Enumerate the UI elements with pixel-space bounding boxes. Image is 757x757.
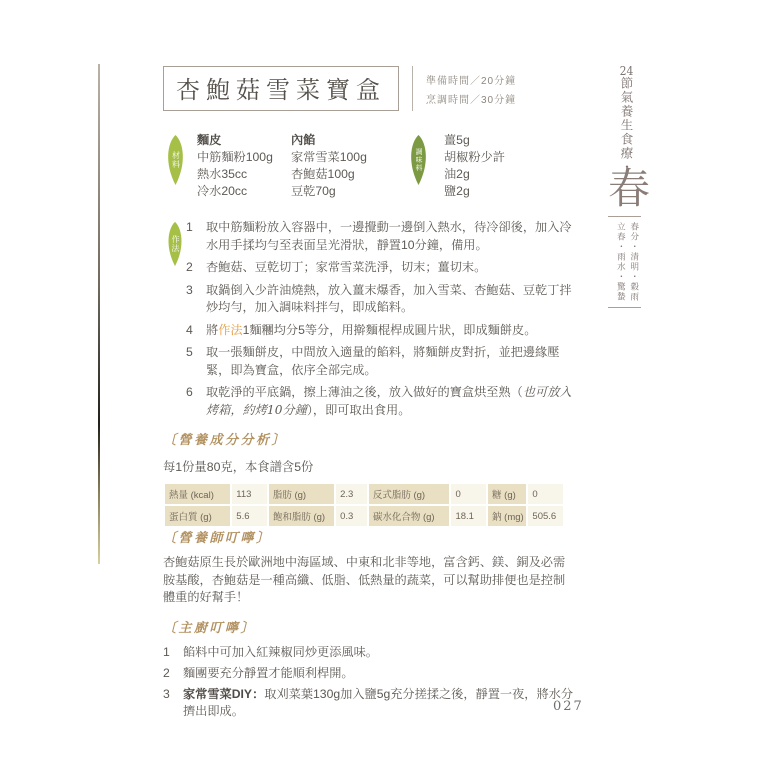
- nutrient-label: 鈉 (mg): [488, 506, 526, 526]
- nutrient-value: 0: [528, 484, 563, 504]
- nutrient-value: 113: [232, 484, 267, 504]
- table-row: 蛋白質 (g) 5.6 飽和脂肪 (g) 0.3 碳水化合物 (g) 18.1 …: [165, 506, 563, 526]
- dietitian-note-section: 〔營養師叮嚀〕 杏鮑菇原生長於歐洲地中海區域、中東和北非等地，富含鈣、鎂、銅及必…: [163, 527, 575, 607]
- ingredient-item: 豆乾70g: [291, 183, 398, 200]
- seasoning-list: 薑5g 胡椒粉少許 油2g 鹽2g: [444, 132, 505, 200]
- step-number: 6: [186, 384, 206, 419]
- tip-text: 麵團要充分靜置才能順利桿開。: [183, 665, 354, 682]
- ingredient-group-filling: 內餡 家常雪菜100g 杏鮑菇100g 豆乾70g: [291, 132, 398, 200]
- chef-tips-section: 〔主廚叮嚀〕 1 餡料中可加入紅辣椒同炒更添風味。 2 麵團要充分靜置才能順利桿…: [163, 617, 575, 724]
- recipe-header: 杏鮑菇雪菜寶盒 準備時間／20分鐘 烹調時間／30分鐘: [163, 66, 516, 111]
- page-number: 027: [553, 699, 584, 714]
- leaf-icon-steps: 作法: [163, 221, 187, 267]
- serving-info: 每1份量80克，本食譜含5份: [163, 457, 567, 475]
- page-spine-line: [98, 64, 100, 564]
- ingredient-item: 熱水35cc: [197, 166, 285, 183]
- group-name: 內餡: [291, 132, 398, 149]
- step-number: 1: [186, 219, 206, 254]
- step-text: 取一張麵餅皮，中間放入適量的餡料，將麵餅皮對折，並把邊緣壓緊，即為寶盒，依序全部…: [206, 344, 575, 379]
- step-number: 3: [186, 282, 206, 317]
- ingredients-icon-label: 材料: [172, 151, 180, 169]
- nutrient-value: 2.3: [336, 484, 367, 504]
- seasoning-icon-label: 調味料: [415, 148, 422, 172]
- nutrient-label: 碳水化合物 (g): [369, 506, 450, 526]
- seasoning-item: 油2g: [444, 166, 505, 183]
- group-name: 麵皮: [197, 132, 285, 149]
- table-row: 熱量 (kcal) 113 脂肪 (g) 2.3 反式脂肪 (g) 0 糖 (g…: [165, 484, 563, 504]
- recipe-title-box: 杏鮑菇雪菜寶盒: [163, 66, 399, 111]
- nutrient-value: 505.6: [528, 506, 563, 526]
- step-text: 杏鮑菇、豆乾切丁；家常雪菜洗淨，切末；薑切末。: [206, 259, 575, 277]
- chef-tip-item: 1 餡料中可加入紅辣椒同炒更添風味。: [163, 644, 575, 661]
- step-number: 4: [186, 322, 206, 340]
- step-text: 取鍋倒入少許油燒熱，放入薑末爆香，加入雪菜、杏鮑菇、豆乾丁拌炒均勻，加入調味料拌…: [206, 282, 575, 317]
- solar-terms-group: 立春・雨水・驚蟄: [615, 222, 624, 302]
- nutrient-label: 熱量 (kcal): [165, 484, 230, 504]
- step-item: 2 杏鮑菇、豆乾切丁；家常雪菜洗淨，切末；薑切末。: [186, 259, 575, 277]
- nutrient-label: 蛋白質 (g): [165, 506, 230, 526]
- nutrition-heading: 〔營養成分分析〕: [163, 429, 567, 448]
- season-character: 春: [600, 168, 658, 210]
- chef-tip-item: 2 麵團要充分靜置才能順利桿開。: [163, 665, 575, 682]
- solar-terms-box: 春分・清明・穀雨 立春・雨水・驚蟄: [608, 216, 641, 308]
- steps-section: 作法 1 取中筋麵粉放入容器中，一邊攪動一邊倒入熱水，待冷卻後，加入冷水用手揉均…: [163, 219, 575, 424]
- recipe-title: 杏鮑菇雪菜寶盒: [176, 70, 386, 105]
- ingredient-item: 家常雪菜100g: [291, 149, 398, 166]
- nutrient-value: 18.1: [451, 506, 486, 526]
- step-item: 1 取中筋麵粉放入容器中，一邊攪動一邊倒入熱水，待冷卻後，加入冷水用手揉均勻至表…: [186, 219, 575, 254]
- steps-list: 1 取中筋麵粉放入容器中，一邊攪動一邊倒入熱水，待冷卻後，加入冷水用手揉均勻至表…: [163, 219, 575, 419]
- tip-number: 2: [163, 665, 183, 682]
- nutrition-table: 熱量 (kcal) 113 脂肪 (g) 2.3 反式脂肪 (g) 0 糖 (g…: [163, 482, 565, 528]
- ingredients-section: 材料 麵皮 中筋麵粉100g 熱水35cc 冷水20cc 內餡 家常雪菜100g…: [163, 132, 505, 200]
- nutrition-section: 〔營養成分分析〕 每1份量80克，本食譜含5份 熱量 (kcal) 113 脂肪…: [163, 429, 567, 528]
- nutrient-value: 0: [451, 484, 486, 504]
- prep-time: 準備時間／20分鐘: [426, 72, 516, 87]
- dietitian-text: 杏鮑菇原生長於歐洲地中海區域、中東和北非等地，富含鈣、鎂、銅及必需胺基酸，杏鮑菇…: [163, 554, 575, 607]
- leaf-icon-ingredients: 材料: [163, 134, 188, 186]
- ingredient-item: 冷水20cc: [197, 183, 285, 200]
- time-info: 準備時間／20分鐘 烹調時間／30分鐘: [412, 66, 516, 111]
- leaf-icon-seasoning: 調味料: [406, 134, 431, 186]
- seasoning-item: 鹽2g: [444, 183, 505, 200]
- step-number: 5: [186, 344, 206, 379]
- step-item: 5 取一張麵餅皮，中間放入適量的餡料，將麵餅皮對折，並把邊緣壓緊，即為寶盒，依序…: [186, 344, 575, 379]
- nutrient-value: 5.6: [232, 506, 267, 526]
- ingredient-item: 杏鮑菇100g: [291, 166, 398, 183]
- series-title-text: 節氣養生食療: [619, 77, 634, 161]
- steps-icon-label: 作法: [171, 235, 179, 253]
- chef-heading: 〔主廚叮嚀〕: [163, 617, 575, 636]
- ingredient-group-dough: 麵皮 中筋麵粉100g 熱水35cc 冷水20cc: [197, 132, 285, 200]
- seasoning-item: 胡椒粉少許: [444, 149, 505, 166]
- chef-tips-list: 1 餡料中可加入紅辣椒同炒更添風味。 2 麵團要充分靜置才能順利桿開。 3 家常…: [163, 644, 575, 720]
- cookbook-page: 杏鮑菇雪菜寶盒 準備時間／20分鐘 烹調時間／30分鐘 材料 麵皮 中筋麵粉10…: [0, 0, 757, 757]
- step-item: 6 取乾淨的平底鍋，擦上薄油之後，放入做好的寶盒烘至熟（也可放入烤箱，約烤10分…: [186, 384, 575, 419]
- series-volume-number: 24: [619, 64, 634, 77]
- tip-number: 1: [163, 644, 183, 661]
- nutrient-label: 脂肪 (g): [269, 484, 334, 504]
- step-item: 3 取鍋倒入少許油燒熱，放入薑末爆香，加入雪菜、杏鮑菇、豆乾丁拌炒均勻，加入調味…: [186, 282, 575, 317]
- step-item: 4 將作法1麵糰均分5等分，用擀麵棍桿成圓片狀，即成麵餅皮。: [186, 322, 575, 340]
- nutrient-value: 0.3: [336, 506, 367, 526]
- dietitian-heading: 〔營養師叮嚀〕: [163, 527, 575, 546]
- step-text: 取中筋麵粉放入容器中，一邊攪動一邊倒入熱水，待冷卻後，加入冷水用手揉均勻至表面呈…: [206, 219, 575, 254]
- chef-tip-item: 3 家常雪菜DIY：取刈菜葉130g加入鹽5g充分搓揉之後，靜置一夜，將水分擠出…: [163, 686, 575, 720]
- tip-text: 家常雪菜DIY：取刈菜葉130g加入鹽5g充分搓揉之後，靜置一夜，將水分擠出即成…: [183, 686, 575, 720]
- cook-time: 烹調時間／30分鐘: [426, 91, 516, 106]
- step-text: 取乾淨的平底鍋，擦上薄油之後，放入做好的寶盒烘至熟（也可放入烤箱，約烤10分鐘）…: [206, 384, 575, 419]
- sidebar-series-title: 24節氣養生食療・: [617, 64, 635, 175]
- nutrient-label: 糖 (g): [488, 484, 526, 504]
- nutrient-label: 反式脂肪 (g): [369, 484, 450, 504]
- step-number: 2: [186, 259, 206, 277]
- tip-text: 餡料中可加入紅辣椒同炒更添風味。: [183, 644, 378, 661]
- solar-terms-group: 春分・清明・穀雨: [628, 222, 637, 302]
- tip-number: 3: [163, 686, 183, 720]
- nutrient-label: 飽和脂肪 (g): [269, 506, 334, 526]
- step-text: 將作法1麵糰均分5等分，用擀麵棍桿成圓片狀，即成麵餅皮。: [206, 322, 575, 340]
- seasoning-item: 薑5g: [444, 132, 505, 149]
- ingredient-item: 中筋麵粉100g: [197, 149, 285, 166]
